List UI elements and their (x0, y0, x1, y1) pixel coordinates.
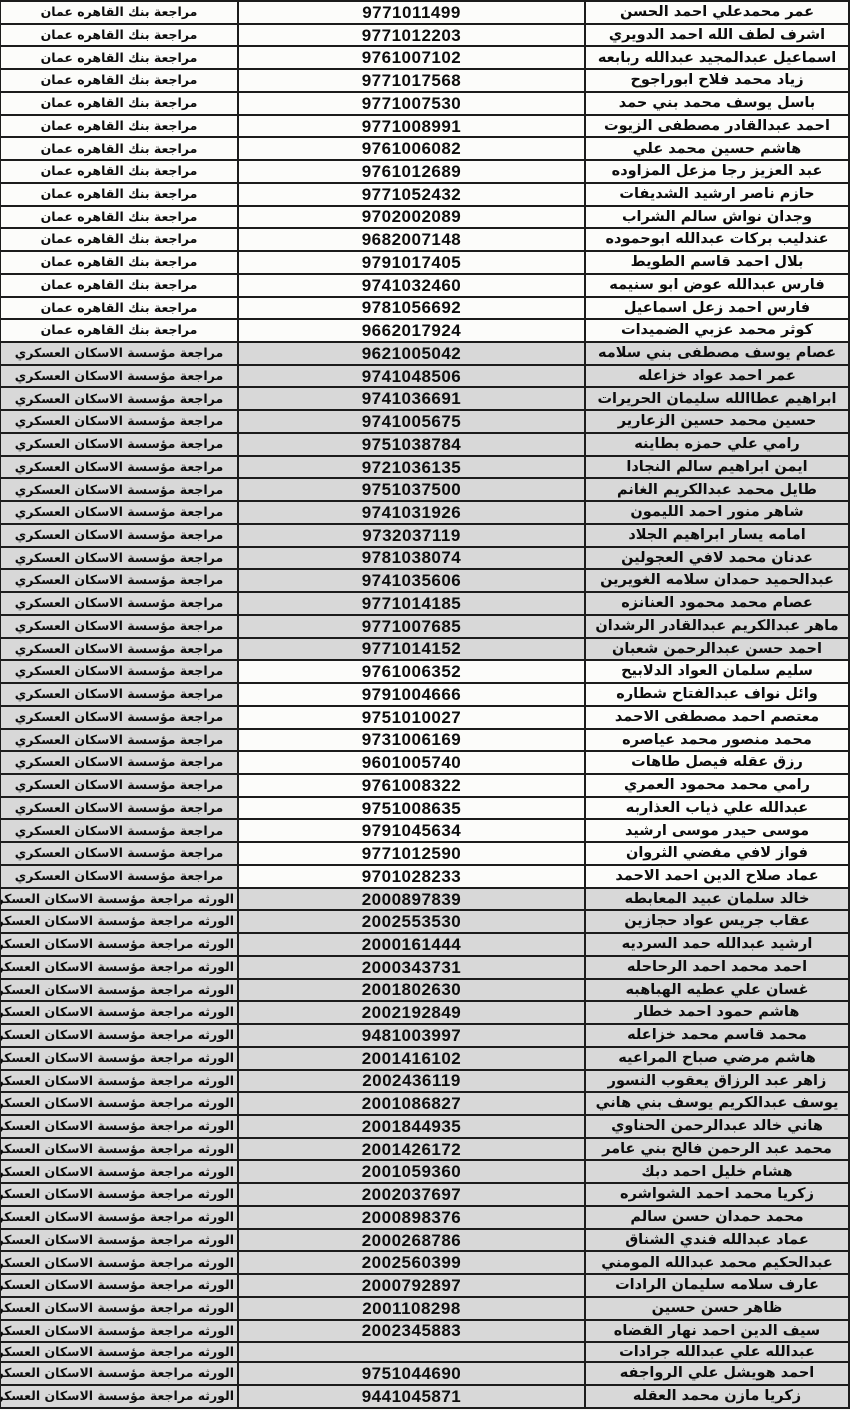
national-number-cell: 9761008322 (238, 774, 585, 797)
person-name-cell: عندليب بركات عبدالله ابوحموده (585, 228, 849, 251)
review-note-cell: الورثه مراجعة مؤسسة الاسكان العسكري (0, 910, 238, 933)
national-number-cell: 2002345883 (238, 1320, 585, 1343)
national-number-cell: 9771011499 (238, 1, 585, 24)
table-row: عبدالله علي ذياب العذاربه 9751008635 مرا… (0, 797, 849, 820)
review-note-cell: مراجعة بنك القاهره عمان (0, 92, 238, 115)
person-name-cell: بلال احمد قاسم الطويط (585, 251, 849, 274)
person-name-cell: عبدالله علي ذياب العذاربه (585, 797, 849, 820)
table-row: زاهر عبد الرزاق يعقوب النسور 2002436119 … (0, 1070, 849, 1093)
national-number-cell: 2001802630 (238, 979, 585, 1002)
table-row: طايل محمد عبدالكريم الغانم 9751037500 مر… (0, 478, 849, 501)
national-number-cell: 2001426172 (238, 1138, 585, 1161)
national-number-cell: 9771008991 (238, 115, 585, 138)
review-note-cell: مراجعة مؤسسة الاسكان العسكري (0, 774, 238, 797)
national-number-cell: 9781038074 (238, 547, 585, 570)
review-note-cell: الورثه مراجعة مؤسسة الاسكان العسكري (0, 1183, 238, 1206)
national-number-cell: 9771052432 (238, 183, 585, 206)
person-name-cell: هاشم مرضي صباح المراعيه (585, 1047, 849, 1070)
table-row: هاشم حمود احمد خطار 2002192849 الورثه مر… (0, 1001, 849, 1024)
national-number-cell: 9741031926 (238, 501, 585, 524)
table-row: امامه يسار ابراهيم الجلاد 9732037119 مرا… (0, 524, 849, 547)
review-note-cell: مراجعة مؤسسة الاسكان العسكري (0, 410, 238, 433)
review-note-cell: مراجعة مؤسسة الاسكان العسكري (0, 729, 238, 752)
national-number-cell: 9741036691 (238, 387, 585, 410)
table-row: اشرف لطف الله احمد الدويري 9771012203 مر… (0, 24, 849, 47)
table-row: هشام خليل احمد دبك 2001059360 الورثه مرا… (0, 1160, 849, 1183)
person-name-cell: هاني خالد عبدالرحمن الحناوي (585, 1115, 849, 1138)
national-number-cell: 2001844935 (238, 1115, 585, 1138)
person-name-cell: عبدالله علي عبدالله جرادات (585, 1342, 849, 1362)
table-row: عندليب بركات عبدالله ابوحموده 9682007148… (0, 228, 849, 251)
review-note-cell: الورثه مراجعة مؤسسة الاسكان العسكري (0, 1320, 238, 1343)
table-row: غسان علي عطيه الهباهبه 2001802630 الورثه… (0, 979, 849, 1002)
national-number-cell: 2002037697 (238, 1183, 585, 1206)
review-note-cell: مراجعة بنك القاهره عمان (0, 1, 238, 24)
person-name-cell: معتصم احمد مصطفى الاحمد (585, 706, 849, 729)
national-number-cell: 2002192849 (238, 1001, 585, 1024)
review-note-cell: مراجعة مؤسسة الاسكان العسكري (0, 387, 238, 410)
review-note-cell: مراجعة مؤسسة الاسكان العسكري (0, 456, 238, 479)
table-row: حسين محمد حسين الزعارير 9741005675 مراجع… (0, 410, 849, 433)
review-note-cell: مراجعة مؤسسة الاسكان العسكري (0, 501, 238, 524)
person-name-cell: محمد حمدان حسن سالم (585, 1206, 849, 1229)
national-number-cell: 9741048506 (238, 365, 585, 388)
person-name-cell: رزق عقله فيصل طاهات (585, 751, 849, 774)
table-row: فارس احمد زعل اسماعيل 9781056692 مراجعة … (0, 297, 849, 320)
person-name-cell: باسل يوسف محمد بني حمد (585, 92, 849, 115)
national-number-cell: 9731006169 (238, 729, 585, 752)
review-note-cell: الورثه مراجعة مؤسسة الاسكان العسكري (0, 1362, 238, 1385)
review-note-cell: مراجعة مؤسسة الاسكان العسكري (0, 842, 238, 865)
table-row: ارشيد عبدالله حمد السرديه 2000161444 الو… (0, 933, 849, 956)
table-row: شاهر منور احمد الليمون 9741031926 مراجعة… (0, 501, 849, 524)
review-note-cell: الورثه مراجعة مؤسسة الاسكان العسكري (0, 888, 238, 911)
person-name-cell: وائل نواف عبدالفتاح شطاره (585, 683, 849, 706)
national-number-cell: 2001059360 (238, 1160, 585, 1183)
person-name-cell: ارشيد عبدالله حمد السرديه (585, 933, 849, 956)
person-name-cell: محمد قاسم محمد خزاعله (585, 1024, 849, 1047)
person-name-cell: عماد صلاح الدين احمد الاحمد (585, 865, 849, 888)
table-row: خالد سلمان عبيد المعابطه 2000897839 الور… (0, 888, 849, 911)
national-number-cell: 9741005675 (238, 410, 585, 433)
scanned-roster-sheet: عمر محمدعلي احمد الحسن 9771011499 مراجعة… (0, 0, 850, 1410)
national-number-cell: 9751044690 (238, 1362, 585, 1385)
review-note-cell: مراجعة مؤسسة الاسكان العسكري (0, 365, 238, 388)
national-number-cell: 9621005042 (238, 342, 585, 365)
person-name-cell: احمد محمد احمد الرحاحله (585, 956, 849, 979)
person-name-cell: عبد العزيز رجا مزعل المزاوده (585, 160, 849, 183)
person-name-cell: امامه يسار ابراهيم الجلاد (585, 524, 849, 547)
national-number-cell: 2000268786 (238, 1229, 585, 1252)
review-note-cell: مراجعة مؤسسة الاسكان العسكري (0, 547, 238, 570)
table-row: محمد حمدان حسن سالم 2000898376 الورثه مر… (0, 1206, 849, 1229)
person-name-cell: عمر محمدعلي احمد الحسن (585, 1, 849, 24)
national-number-cell: 9481003997 (238, 1024, 585, 1047)
national-number-cell: 9781056692 (238, 297, 585, 320)
person-name-cell: وجدان نواش سالم الشراب (585, 206, 849, 229)
review-note-cell: مراجعة مؤسسة الاسكان العسكري (0, 592, 238, 615)
review-note-cell: مراجعة مؤسسة الاسكان العسكري (0, 433, 238, 456)
table-row: سيف الدين احمد نهار القضاه 2002345883 ال… (0, 1320, 849, 1343)
review-note-cell: الورثه مراجعة مؤسسة الاسكان العسكري (0, 1274, 238, 1297)
table-row: محمد منصور محمد عياصره 9731006169 مراجعة… (0, 729, 849, 752)
table-row: فواز لافي مفضي الثروان 9771012590 مراجعة… (0, 842, 849, 865)
national-number-cell: 2000161444 (238, 933, 585, 956)
person-name-cell: سليم سلمان العواد الدلابيح (585, 660, 849, 683)
person-name-cell: رامي علي حمزه بطاينه (585, 433, 849, 456)
table-row: اسماعيل عبدالمجيد عبدالله ربابعه 9761007… (0, 46, 849, 69)
national-number-cell: 2001108298 (238, 1297, 585, 1320)
review-note-cell: مراجعة مؤسسة الاسكان العسكري (0, 660, 238, 683)
review-note-cell: مراجعة بنك القاهره عمان (0, 206, 238, 229)
table-row: احمد هويشل علي الرواجفه 9751044690 الورث… (0, 1362, 849, 1385)
person-name-cell: يوسف عبدالكريم يوسف بني هاني (585, 1092, 849, 1115)
person-name-cell: هاشم حسين محمد علي (585, 137, 849, 160)
table-row: عبدالله علي عبدالله جرادات الورثه مراجعة… (0, 1342, 849, 1362)
national-number-cell: 2000343731 (238, 956, 585, 979)
person-name-cell: خالد سلمان عبيد المعابطه (585, 888, 849, 911)
national-number-cell: 2001416102 (238, 1047, 585, 1070)
review-note-cell: الورثه مراجعة مؤسسة الاسكان العسكري (0, 1206, 238, 1229)
table-row: احمد حسن عبدالرحمن شعبان 9771014152 مراج… (0, 638, 849, 661)
person-name-cell: سيف الدين احمد نهار القضاه (585, 1320, 849, 1343)
review-note-cell: مراجعة مؤسسة الاسكان العسكري (0, 638, 238, 661)
national-number-cell: 9741035606 (238, 569, 585, 592)
review-note-cell: مراجعة بنك القاهره عمان (0, 160, 238, 183)
review-note-cell: مراجعة مؤسسة الاسكان العسكري (0, 797, 238, 820)
person-name-cell: زكريا محمد احمد الشواشره (585, 1183, 849, 1206)
table-row: محمد عبد الرحمن فالح بني عامر 2001426172… (0, 1138, 849, 1161)
table-row: رامي علي حمزه بطاينه 9751038784 مراجعة م… (0, 433, 849, 456)
table-row: يوسف عبدالكريم يوسف بني هاني 2001086827 … (0, 1092, 849, 1115)
person-name-cell: طايل محمد عبدالكريم الغانم (585, 478, 849, 501)
table-row: سليم سلمان العواد الدلابيح 9761006352 مر… (0, 660, 849, 683)
national-number-cell: 9682007148 (238, 228, 585, 251)
table-row: وائل نواف عبدالفتاح شطاره 9791004666 مرا… (0, 683, 849, 706)
national-number-cell: 2000792897 (238, 1274, 585, 1297)
person-name-cell: محمد عبد الرحمن فالح بني عامر (585, 1138, 849, 1161)
table-row: عبد العزيز رجا مزعل المزاوده 9761012689 … (0, 160, 849, 183)
review-note-cell: الورثه مراجعة مؤسسة الاسكان العسكري (0, 1092, 238, 1115)
table-row: بلال احمد قاسم الطويط 9791017405 مراجعة … (0, 251, 849, 274)
national-number-cell: 9662017924 (238, 319, 585, 342)
national-number-cell: 9751008635 (238, 797, 585, 820)
review-note-cell: مراجعة مؤسسة الاسكان العسكري (0, 751, 238, 774)
table-row: ابراهيم عطاالله سليمان الحريرات 97410366… (0, 387, 849, 410)
beneficiaries-table: عمر محمدعلي احمد الحسن 9771011499 مراجعة… (0, 0, 850, 1409)
person-name-cell: زاهر عبد الرزاق يعقوب النسور (585, 1070, 849, 1093)
national-number-cell: 9751037500 (238, 478, 585, 501)
national-number-cell: 9771014185 (238, 592, 585, 615)
table-row: عصام محمد محمود العنانزه 9771014185 مراج… (0, 592, 849, 615)
review-note-cell: مراجعة بنك القاهره عمان (0, 319, 238, 342)
review-note-cell: الورثه مراجعة مؤسسة الاسكان العسكري (0, 1115, 238, 1138)
person-name-cell: ابراهيم عطاالله سليمان الحريرات (585, 387, 849, 410)
person-name-cell: فواز لافي مفضي الثروان (585, 842, 849, 865)
person-name-cell: ايمن ابراهيم سالم النجادا (585, 456, 849, 479)
review-note-cell: الورثه مراجعة مؤسسة الاسكان العسكري (0, 1138, 238, 1161)
review-note-cell: مراجعة مؤسسة الاسكان العسكري (0, 683, 238, 706)
person-name-cell: ماهر عبدالكريم عبدالقادر الرشدان (585, 615, 849, 638)
table-row: عدنان محمد لافي العجولين 9781038074 مراج… (0, 547, 849, 570)
review-note-cell: مراجعة بنك القاهره عمان (0, 137, 238, 160)
person-name-cell: عبدالحميد حمدان سلامه الغويرين (585, 569, 849, 592)
table-row: هاشم مرضي صباح المراعيه 2001416102 الورث… (0, 1047, 849, 1070)
table-row: رامي محمد محمود العمري 9761008322 مراجعة… (0, 774, 849, 797)
table-row: عماد عبدالله فندي الشناق 2000268786 الور… (0, 1229, 849, 1252)
national-number-cell: 2000898376 (238, 1206, 585, 1229)
table-row: حازم ناصر ارشيد الشديفات 9771052432 مراج… (0, 183, 849, 206)
person-name-cell: عبدالحكيم محمد عبدالله المومني (585, 1251, 849, 1274)
table-row: عبدالحكيم محمد عبدالله المومني 200256039… (0, 1251, 849, 1274)
review-note-cell: مراجعة مؤسسة الاسكان العسكري (0, 615, 238, 638)
person-name-cell: احمد هويشل علي الرواجفه (585, 1362, 849, 1385)
national-number-cell: 9761012689 (238, 160, 585, 183)
review-note-cell: الورثه مراجعة مؤسسة الاسكان العسكري (0, 1070, 238, 1093)
person-name-cell: عقاب جريس عواد حجازين (585, 910, 849, 933)
national-number-cell: 9771017568 (238, 69, 585, 92)
table-row: زياد محمد فلاح ابوراجوح 9771017568 مراجع… (0, 69, 849, 92)
table-row: زكريا مازن محمد العقله 9441045871 الورثه… (0, 1385, 849, 1408)
review-note-cell: مراجعة بنك القاهره عمان (0, 69, 238, 92)
national-number-cell: 2000897839 (238, 888, 585, 911)
national-number-cell: 9771007530 (238, 92, 585, 115)
national-number-cell: 9761006082 (238, 137, 585, 160)
table-row: عمر احمد عواد خزاعله 9741048506 مراجعة م… (0, 365, 849, 388)
review-note-cell: الورثه مراجعة مؤسسة الاسكان العسكري (0, 1229, 238, 1252)
table-row: ماهر عبدالكريم عبدالقادر الرشدان 9771007… (0, 615, 849, 638)
review-note-cell: الورثه مراجعة مؤسسة الاسكان العسكري (0, 933, 238, 956)
review-note-cell: الورثه مراجعة مؤسسة الاسكان العسكري (0, 1251, 238, 1274)
table-row: ايمن ابراهيم سالم النجادا 9721036135 مرا… (0, 456, 849, 479)
review-note-cell: الورثه مراجعة مؤسسة الاسكان العسكري (0, 979, 238, 1002)
person-name-cell: زياد محمد فلاح ابوراجوح (585, 69, 849, 92)
table-row: هاني خالد عبدالرحمن الحناوي 2001844935 ا… (0, 1115, 849, 1138)
national-number-cell: 2002436119 (238, 1070, 585, 1093)
person-name-cell: عدنان محمد لافي العجولين (585, 547, 849, 570)
review-note-cell: مراجعة مؤسسة الاسكان العسكري (0, 706, 238, 729)
person-name-cell: ظاهر حسن حسين (585, 1297, 849, 1320)
table-row: رزق عقله فيصل طاهات 9601005740 مراجعة مؤ… (0, 751, 849, 774)
review-note-cell: مراجعة بنك القاهره عمان (0, 115, 238, 138)
national-number-cell: 9741032460 (238, 274, 585, 297)
national-number-cell: 9721036135 (238, 456, 585, 479)
review-note-cell: مراجعة مؤسسة الاسكان العسكري (0, 865, 238, 888)
national-number-cell: 9791017405 (238, 251, 585, 274)
table-row: باسل يوسف محمد بني حمد 9771007530 مراجعة… (0, 92, 849, 115)
review-note-cell: مراجعة بنك القاهره عمان (0, 228, 238, 251)
person-name-cell: رامي محمد محمود العمري (585, 774, 849, 797)
national-number-cell: 9771007685 (238, 615, 585, 638)
national-number-cell: 9702002089 (238, 206, 585, 229)
person-name-cell: عمر احمد عواد خزاعله (585, 365, 849, 388)
person-name-cell: اسماعيل عبدالمجيد عبدالله ربابعه (585, 46, 849, 69)
person-name-cell: شاهر منور احمد الليمون (585, 501, 849, 524)
national-number-cell: 9751010027 (238, 706, 585, 729)
review-note-cell: الورثه مراجعة مؤسسة الاسكان العسكري (0, 1047, 238, 1070)
person-name-cell: عصام يوسف مصطفى بني سلامه (585, 342, 849, 365)
table-row: هاشم حسين محمد علي 9761006082 مراجعة بنك… (0, 137, 849, 160)
national-number-cell: 2002553530 (238, 910, 585, 933)
person-name-cell: عارف سلامه سليمان الرادات (585, 1274, 849, 1297)
review-note-cell: مراجعة بنك القاهره عمان (0, 24, 238, 47)
review-note-cell: مراجعة بنك القاهره عمان (0, 297, 238, 320)
table-row: ظاهر حسن حسين 2001108298 الورثه مراجعة م… (0, 1297, 849, 1320)
table-row: عبدالحميد حمدان سلامه الغويرين 974103560… (0, 569, 849, 592)
national-number-cell: 9791045634 (238, 819, 585, 842)
table-row: عماد صلاح الدين احمد الاحمد 9701028233 م… (0, 865, 849, 888)
person-name-cell: عصام محمد محمود العنانزه (585, 592, 849, 615)
national-number-cell: 9441045871 (238, 1385, 585, 1408)
person-name-cell: موسى حيدر موسى ارشيد (585, 819, 849, 842)
person-name-cell: كوثر محمد عزبي الضميدات (585, 319, 849, 342)
national-number-cell: 9732037119 (238, 524, 585, 547)
person-name-cell: عماد عبدالله فندي الشناق (585, 1229, 849, 1252)
review-note-cell: الورثه مراجعة مؤسسة الاسكان العسكري (0, 1160, 238, 1183)
review-note-cell: مراجعة مؤسسة الاسكان العسكري (0, 478, 238, 501)
review-note-cell: مراجعة مؤسسة الاسكان العسكري (0, 342, 238, 365)
national-number-cell: 9701028233 (238, 865, 585, 888)
table-row: عارف سلامه سليمان الرادات 2000792897 الو… (0, 1274, 849, 1297)
review-note-cell: مراجعة بنك القاهره عمان (0, 46, 238, 69)
national-number-cell: 9771012590 (238, 842, 585, 865)
review-note-cell: مراجعة مؤسسة الاسكان العسكري (0, 524, 238, 547)
table-row: احمد محمد احمد الرحاحله 2000343731 الورث… (0, 956, 849, 979)
national-number-cell: 9761007102 (238, 46, 585, 69)
table-row: عصام يوسف مصطفى بني سلامه 9621005042 مرا… (0, 342, 849, 365)
review-note-cell: مراجعة بنك القاهره عمان (0, 274, 238, 297)
national-number-cell: 9771014152 (238, 638, 585, 661)
person-name-cell: احمد عبدالقادر مصطفى الزيوت (585, 115, 849, 138)
review-note-cell: الورثه مراجعة مؤسسة الاسكان العسكري (0, 1342, 238, 1362)
review-note-cell: مراجعة بنك القاهره عمان (0, 183, 238, 206)
roster-table-body: عمر محمدعلي احمد الحسن 9771011499 مراجعة… (0, 1, 849, 1408)
review-note-cell: الورثه مراجعة مؤسسة الاسكان العسكري (0, 1297, 238, 1320)
person-name-cell: حازم ناصر ارشيد الشديفات (585, 183, 849, 206)
person-name-cell: اشرف لطف الله احمد الدويري (585, 24, 849, 47)
person-name-cell: غسان علي عطيه الهباهبه (585, 979, 849, 1002)
person-name-cell: فارس عبدالله عوض ابو سنيمه (585, 274, 849, 297)
table-row: عقاب جريس عواد حجازين 2002553530 الورثه … (0, 910, 849, 933)
national-number-cell (238, 1342, 585, 1362)
national-number-cell: 2002560399 (238, 1251, 585, 1274)
person-name-cell: فارس احمد زعل اسماعيل (585, 297, 849, 320)
table-row: وجدان نواش سالم الشراب 9702002089 مراجعة… (0, 206, 849, 229)
review-note-cell: الورثه مراجعة مؤسسة الاسكان العسكري (0, 1001, 238, 1024)
national-number-cell: 9601005740 (238, 751, 585, 774)
table-row: فارس عبدالله عوض ابو سنيمه 9741032460 مر… (0, 274, 849, 297)
person-name-cell: احمد حسن عبدالرحمن شعبان (585, 638, 849, 661)
review-note-cell: مراجعة مؤسسة الاسكان العسكري (0, 569, 238, 592)
person-name-cell: حسين محمد حسين الزعارير (585, 410, 849, 433)
review-note-cell: الورثه مراجعة مؤسسة الاسكان العسكري (0, 1385, 238, 1408)
table-row: عمر محمدعلي احمد الحسن 9771011499 مراجعة… (0, 1, 849, 24)
table-row: محمد قاسم محمد خزاعله 9481003997 الورثه … (0, 1024, 849, 1047)
table-row: كوثر محمد عزبي الضميدات 9662017924 مراجع… (0, 319, 849, 342)
table-row: احمد عبدالقادر مصطفى الزيوت 9771008991 م… (0, 115, 849, 138)
review-note-cell: الورثه مراجعة مؤسسة الاسكان العسكري (0, 1024, 238, 1047)
national-number-cell: 2001086827 (238, 1092, 585, 1115)
table-row: معتصم احمد مصطفى الاحمد 9751010027 مراجع… (0, 706, 849, 729)
table-row: موسى حيدر موسى ارشيد 9791045634 مراجعة م… (0, 819, 849, 842)
person-name-cell: هاشم حمود احمد خطار (585, 1001, 849, 1024)
national-number-cell: 9761006352 (238, 660, 585, 683)
review-note-cell: مراجعة مؤسسة الاسكان العسكري (0, 819, 238, 842)
person-name-cell: محمد منصور محمد عياصره (585, 729, 849, 752)
review-note-cell: الورثه مراجعة مؤسسة الاسكان العسكري (0, 956, 238, 979)
person-name-cell: هشام خليل احمد دبك (585, 1160, 849, 1183)
person-name-cell: زكريا مازن محمد العقله (585, 1385, 849, 1408)
national-number-cell: 9751038784 (238, 433, 585, 456)
national-number-cell: 9791004666 (238, 683, 585, 706)
review-note-cell: مراجعة بنك القاهره عمان (0, 251, 238, 274)
national-number-cell: 9771012203 (238, 24, 585, 47)
table-row: زكريا محمد احمد الشواشره 2002037697 الور… (0, 1183, 849, 1206)
